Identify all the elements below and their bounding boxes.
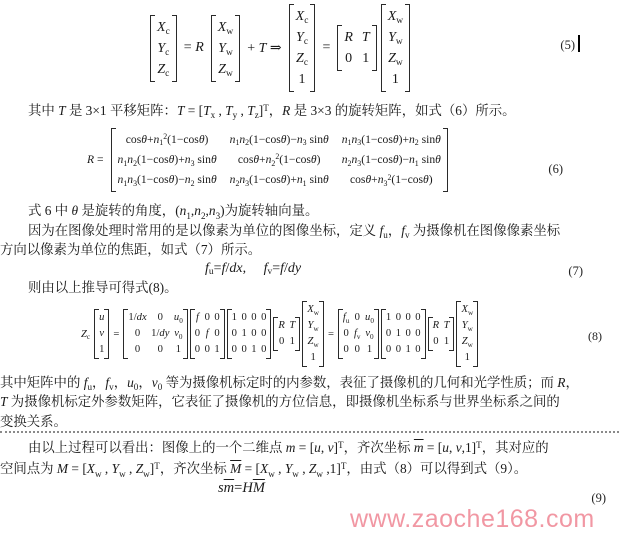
matrix-cell: 0 (158, 310, 163, 326)
matrix-cell: Xw (461, 302, 473, 318)
matrix-cell: 0 (415, 310, 420, 326)
matrix-cell: v (99, 326, 104, 342)
equation-8-body: Zc uv1 = 1/dx0u001/dyv0001 f000f0001 100… (0, 301, 619, 367)
R-equals-operator: R = (87, 153, 104, 166)
focal-matrix: f000f0001 (190, 309, 225, 359)
matrix-cell: 0 (344, 326, 349, 342)
paragraph-intrinsic-params-line1: 其中矩阵中的 fu，fv，u0，v0 等为摄像机标定时的内参数，表征了摄像机的几… (0, 373, 619, 393)
matrix-cell: Zc (157, 59, 169, 80)
equation-8: Zc uv1 = 1/dx0u001/dyv0001 f000f0001 100… (0, 301, 619, 367)
equation-5-body: XcYcZc = R XwYwZw + T ⇒ XcYcZc1 = RT01 X… (0, 4, 619, 92)
equation-number-8: (8) (588, 329, 602, 344)
matrix-cell: Zw (462, 334, 473, 350)
matrix-cell: 0 (406, 326, 411, 342)
Zc-coefficient: Zc (81, 329, 90, 340)
matrix-cell: Yc (157, 38, 169, 59)
matrix-cell: 0 (415, 342, 420, 358)
matrix-cell: fu (343, 310, 350, 326)
matrix-cell: f (196, 310, 199, 326)
equation-number-6: (6) (548, 162, 563, 177)
matrix-cell: 1 (362, 48, 369, 69)
matrix-cell: Yw (308, 318, 319, 334)
matrix-cell: 1 (214, 342, 219, 358)
matrix-cell: 0 (251, 326, 256, 342)
matrix-cell: n1n3(1−cosθ)−n2 sinθ (118, 170, 217, 190)
paragraph-translation-matrix: 其中 T 是 3×1 平移矩阵：T = [Tx , Ty , Tz]T，R 是 … (0, 101, 619, 121)
matrix-cell: Xw (218, 17, 233, 38)
matrix-cell: 1 (241, 326, 246, 342)
matrix-cell: f (206, 326, 209, 342)
equals-operator: = (328, 329, 334, 340)
matrix-cell: Zw (308, 334, 319, 350)
matrix-cell: Yw (388, 27, 403, 48)
paragraph-rotation-axis: 式 6 中 θ 是旋转的角度，(n1,n2,n3)为旋转轴向量。 (0, 201, 619, 221)
matrix-cell: 1 (465, 350, 470, 366)
document-page: XcYcZc = R XwYwZw + T ⇒ XcYcZc1 = RT01 X… (0, 4, 619, 540)
matrix-cell: 0 (251, 310, 256, 326)
matrix-cell: fv (354, 326, 361, 342)
matrix-cell: 1 (392, 69, 399, 90)
text-cursor (578, 35, 580, 52)
matrix-cell: 1/dx (128, 310, 146, 326)
matrix-cell: Zw (388, 48, 403, 69)
matrix-cell: 0 (205, 310, 210, 326)
matrix-cell: Xw (388, 6, 403, 27)
equation-number-5: (5) (560, 38, 575, 53)
equation-9: s m = H M (9) (0, 480, 619, 497)
matrix-cell: 1 (232, 310, 237, 326)
rt-block-matrix: RT01 (428, 317, 455, 351)
paragraph-homogeneous-line2: 空间点为 M = [Xw , Yw , Zw]T，齐次坐标 M = [Xw , … (0, 458, 619, 479)
matrix-cell: 1 (396, 326, 401, 342)
matrix-cell: 0 (355, 342, 360, 358)
projection-matrix: 100001000010 (381, 309, 426, 359)
watermark: www.zaoche168.com (350, 505, 595, 534)
pixel-scale-matrix: 1/dx0u001/dyv0001 (123, 309, 187, 359)
paragraph-homogeneous-line1: 由以上过程可以看出：图像上的一个二维点 m = [u, v]T，齐次坐标 m =… (0, 437, 619, 458)
matrix-cell: R (278, 318, 284, 334)
matrix-cell: R (433, 318, 439, 334)
equation-5: XcYcZc = R XwYwZw + T ⇒ XcYcZc1 = RT01 X… (0, 4, 619, 92)
matrix-cell: 0 (195, 326, 200, 342)
equation-7: fu = f / dx , fv = f / dy (7) (0, 261, 619, 277)
matrix-cell: Yw (462, 318, 473, 334)
matrix-cell: n1n2(1−cosθ)+n3 sinθ (118, 150, 217, 170)
matrix-cell: cosθ+n12(1−cosθ) (126, 130, 209, 150)
matrix-cell: 0 (415, 326, 420, 342)
matrix-cell: n1n2(1−cosθ)−n3 sinθ (230, 130, 329, 150)
matrix-cell: 1 (299, 69, 306, 90)
matrix-cell: 0 (195, 342, 200, 358)
matrix-cell: 1 (99, 342, 104, 358)
matrix-cell: n1n3(1−cosθ)+n2 sinθ (342, 130, 441, 150)
matrix-cell: Xc (296, 6, 309, 27)
matrix-cell: 1/dy (151, 326, 169, 342)
matrix-cell: Yc (296, 27, 308, 48)
matrix-cell: cosθ+n22(1−cosθ) (238, 150, 321, 170)
matrix-cell: v0 (365, 326, 373, 342)
rt-block-matrix: RT01 (337, 25, 376, 71)
matrix-cell: 0 (261, 326, 266, 342)
matrix-cell: R (344, 27, 353, 48)
matrix-cell: 0 (386, 342, 391, 358)
plus-T-implies-operator: + T ⇒ (247, 40, 281, 57)
intrinsic-matrix: fu0u00fvv0001 (338, 309, 379, 359)
equation-9-body: s m = H M (0, 480, 619, 497)
matrix-cell: 0 (406, 310, 411, 326)
matrix-cell: 0 (135, 342, 140, 358)
equals-operator: = (322, 40, 330, 56)
matrix-cell: 0 (135, 326, 140, 342)
paragraph-pixel-coords-line1: 因为在图像处理时常用的是以像素为单位的图像坐标，定义 fu，fv 为摄像机在图像… (0, 221, 619, 241)
matrix-cell: 1 (310, 350, 315, 366)
matrix-cell: 0 (344, 342, 349, 358)
matrix-cell: 0 (261, 310, 266, 326)
matrix-cell: Xc (157, 17, 170, 38)
matrix-cell: 0 (241, 342, 246, 358)
matrix-cell: 1 (176, 342, 181, 358)
matrix-cell: 0 (158, 342, 163, 358)
camera-coords-vector: XcYcZc (150, 15, 177, 82)
matrix-cell: Yw (218, 38, 233, 59)
matrix-cell: 0 (232, 326, 237, 342)
matrix-cell: Xw (307, 302, 319, 318)
paragraph-intrinsic-params-line2: T 为摄像机标定外参数矩阵，它表征了摄像机的方位信息，即摄像机坐标系与世界坐标系… (0, 392, 619, 412)
matrix-cell: 1 (444, 334, 449, 350)
rt-block-matrix: RT01 (273, 317, 300, 351)
world-homogeneous-vector: XwYwZw1 (456, 301, 478, 367)
world-homogeneous-vector: XwYwZw1 (302, 301, 324, 367)
equals-R-operator: = R (184, 40, 204, 56)
matrix-cell: 0 (345, 48, 352, 69)
uv-vector: uv1 (94, 309, 109, 359)
equation-6: R = cosθ+n12(1−cosθ)n1n2(1−cosθ)−n3 sinθ… (0, 128, 619, 193)
equation-7-body: fu = f / dx , fv = f / dy (0, 261, 619, 277)
matrix-cell: Zc (296, 48, 308, 69)
matrix-cell: 0 (241, 310, 246, 326)
world-homogeneous-vector: XwYwZw1 (381, 4, 410, 92)
matrix-cell: 0 (214, 310, 219, 326)
matrix-cell: 0 (261, 342, 266, 358)
matrix-cell: 1 (386, 310, 391, 326)
matrix-cell: T (444, 318, 450, 334)
camera-homogeneous-vector: XcYcZc1 (289, 4, 316, 92)
matrix-cell: 1 (367, 342, 372, 358)
matrix-cell: u0 (174, 310, 183, 326)
paragraph-derivation: 则由以上推导可得式(8)。 (0, 278, 619, 298)
matrix-cell: 0 (386, 326, 391, 342)
matrix-cell: T (362, 27, 370, 48)
matrix-cell: 0 (279, 334, 284, 350)
matrix-cell: cosθ+n32(1−cosθ) (350, 170, 433, 190)
matrix-cell: 1 (251, 342, 256, 358)
matrix-cell: v0 (174, 326, 182, 342)
equals-operator: = (113, 329, 119, 340)
matrix-cell: 0 (433, 334, 438, 350)
matrix-cell: Zw (218, 59, 233, 80)
projection-matrix: 100001000010 (227, 309, 272, 359)
matrix-cell: T (289, 318, 295, 334)
matrix-cell: 0 (396, 342, 401, 358)
world-coords-vector: XwYwZw (211, 15, 240, 82)
paragraph-pixel-coords-line2: 方向以像素为单位的焦距，如式（7）所示。 (0, 240, 619, 260)
matrix-cell: n2n3(1−cosθ)+n1 sinθ (230, 170, 329, 190)
matrix-cell: 0 (355, 310, 360, 326)
equation-number-7: (7) (568, 264, 583, 279)
rotation-matrix: cosθ+n12(1−cosθ)n1n2(1−cosθ)−n3 sinθn1n3… (111, 128, 448, 193)
paragraph-intrinsic-params-line3: 变换关系。 (0, 412, 619, 434)
equation-6-body: R = cosθ+n12(1−cosθ)n1n2(1−cosθ)−n3 sinθ… (0, 128, 619, 193)
matrix-cell: u0 (365, 310, 374, 326)
matrix-cell: u (99, 310, 104, 326)
matrix-cell: n2n3(1−cosθ)−n1 sinθ (342, 150, 441, 170)
matrix-cell: 1 (290, 334, 295, 350)
matrix-cell: 0 (205, 342, 210, 358)
matrix-cell: 1 (406, 342, 411, 358)
matrix-cell: 0 (214, 326, 219, 342)
matrix-cell: 0 (396, 310, 401, 326)
matrix-cell: 0 (232, 342, 237, 358)
